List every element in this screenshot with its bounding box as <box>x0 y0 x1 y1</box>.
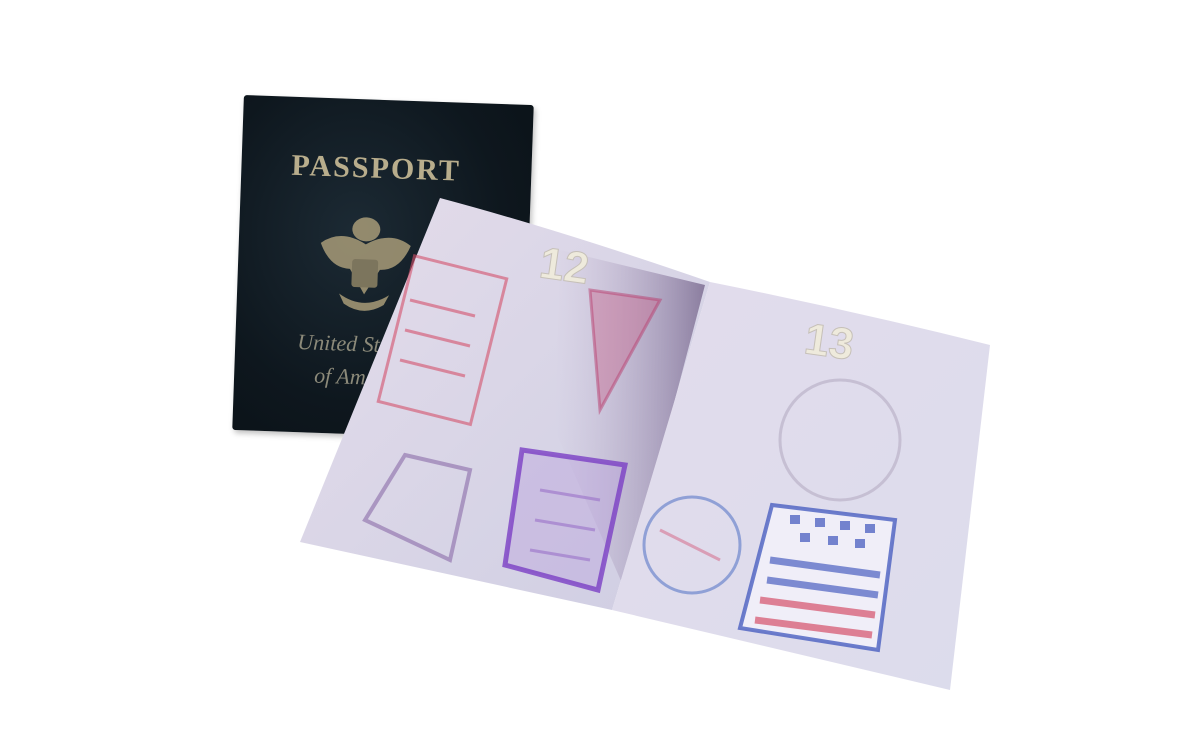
open-passport: 12 <box>0 0 1200 750</box>
page-number-left: 12 <box>537 238 592 293</box>
photo-scene: PASSPORT United States of America <box>0 0 1200 750</box>
page-number-right: 13 <box>801 314 856 369</box>
